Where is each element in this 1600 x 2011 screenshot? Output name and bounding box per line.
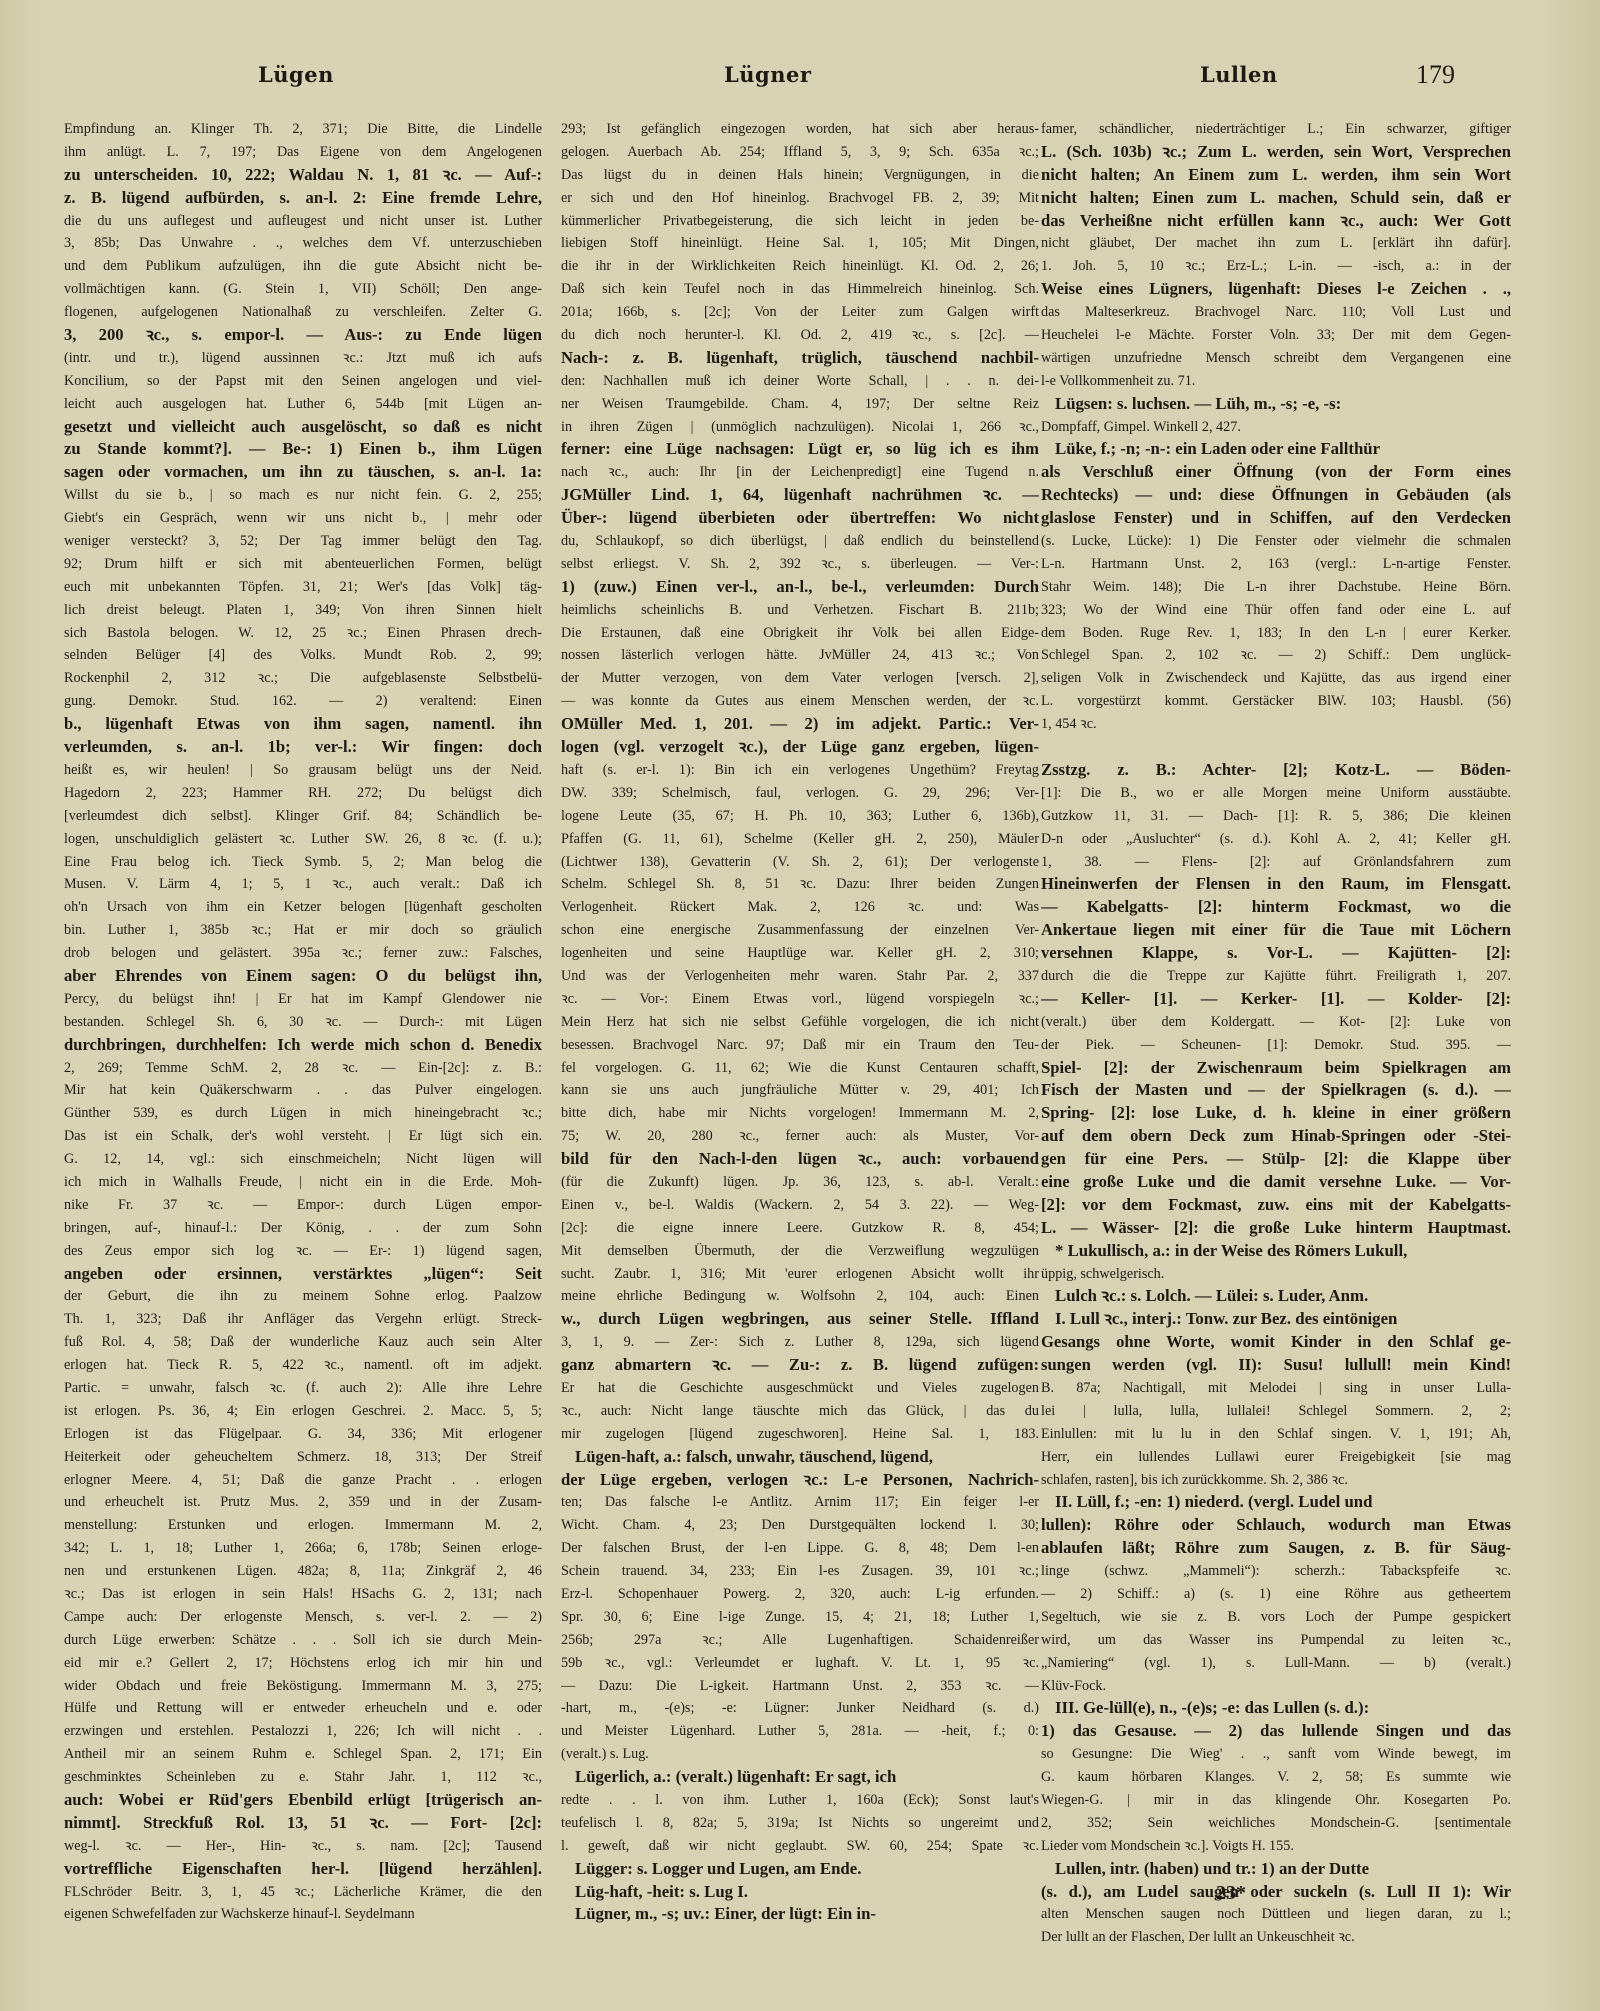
text-line: drob belogen und gelästert. 395a ꝛc.; fe…	[64, 942, 542, 965]
text-line: L. (Sch. 103b) ꝛc.; Zum L. werden, sein …	[1041, 141, 1511, 164]
text-line: B. 87a; Nachtigall, mit Melodei | sing i…	[1041, 1377, 1511, 1400]
text-line: die ihr in der Wirklichkeiten Reich hine…	[561, 255, 1039, 278]
text-line: lich dreist beleugt. Platen 1, 349; Von …	[64, 599, 542, 622]
text-line: Lieder vom Mondschein ꝛc.]. Voigts H. 15…	[1041, 1835, 1511, 1858]
text-line: redte . . l. von ihm. Luther 1, 160a (Ec…	[561, 1789, 1039, 1812]
text-line: Empfindung an. Klinger Th. 2, 371; Die B…	[64, 118, 542, 141]
dictionary-page: Lügen Lügner Lullen 179 Empfindung an. K…	[0, 0, 1600, 2011]
text-line: das Malteserkreuz. Brachvogel Narc. 110;…	[1041, 301, 1511, 324]
text-line: selnden Belüger [4] des Volks. Mundt Rob…	[64, 644, 542, 667]
text-line: eigenen Schwefelfaden zur Wachskerze hin…	[64, 1903, 542, 1926]
text-line: du dich noch herunter-l. Kl. Od. 2, 419 …	[561, 324, 1039, 347]
text-line: Mit demselben Übermuth, der die Verzweif…	[561, 1240, 1039, 1263]
entry-headword-line: Lulch ꝛc.: s. Lolch. — Lülei: s. Luder, …	[1041, 1285, 1511, 1308]
text-line: Wicht. Cham. 4, 23; Den Durstgequälten l…	[561, 1514, 1039, 1537]
text-line: Mir hat kein Quäkerschwarm . . das Pulve…	[64, 1079, 542, 1102]
text-line: logene Leute (35, 67; H. Ph. 10, 363; Lu…	[561, 805, 1039, 828]
text-line: des Zeus empor sich log ꝛc. — Er-: 1) lü…	[64, 1240, 542, 1263]
text-line: 1) (zuw.) Einen ver-l., an-l., be-l., ve…	[561, 576, 1039, 599]
text-line: der Mutter verzogen, von dem Vater verlo…	[561, 667, 1039, 690]
text-line: sagen oder vormachen, um ihn zu täuschen…	[64, 461, 542, 484]
text-line: ner Weisen Traumgebilde. Cham. 4, 197; D…	[561, 393, 1039, 416]
page-number: 179	[1416, 60, 1455, 90]
text-line: JGMüller Lind. 1, 64, lügenhaft nachrühm…	[561, 484, 1039, 507]
text-line: Rechtecks) — und: diese Öffnungen in Geb…	[1041, 484, 1511, 507]
text-line: Gesangs ohne Worte, womit Kinder in den …	[1041, 1331, 1511, 1354]
text-line: teufelisch l. 8, 82a; 5, 319a; Ist Nicht…	[561, 1812, 1039, 1835]
text-line: Günther 539, es durch Lügen in mich hine…	[64, 1102, 542, 1125]
text-line: Hülfe und Rettung will er entweder erheu…	[64, 1697, 542, 1720]
text-line: durchbringen, durchhelfen: Ich werde mic…	[64, 1034, 542, 1057]
text-line: glaslose Fenster) und in Schiffen, auf d…	[1041, 507, 1511, 530]
text-line: l. geweſt, daß wir nicht geglaubt. SW. 6…	[561, 1835, 1039, 1858]
text-line: Schein trauend. 34, 233; Ein l-es Zusage…	[561, 1560, 1039, 1583]
text-line: den: Nachhallen muß ich deiner Worte Sch…	[561, 370, 1039, 393]
text-line: 293; Ist gefänglich eingezogen worden, h…	[561, 118, 1039, 141]
text-line: besessen. Brachvogel Narc. 97; Daß mir e…	[561, 1034, 1039, 1057]
text-line: FLSchröder Beitr. 3, 1, 45 ꝛc.; Lächerli…	[64, 1881, 542, 1904]
text-line: nicht gläubet, Der machet ihn zum L. [er…	[1041, 232, 1511, 255]
text-line: ich mich in Walhalls Freude, | nicht ein…	[64, 1171, 542, 1194]
text-line: zu unterscheiden. 10, 222; Waldau N. 1, …	[64, 164, 542, 187]
text-line: 2, 269; Temme SchM. 2, 28 ꝛc. — Ein-[2c]…	[64, 1057, 542, 1080]
text-line: Percy, du belügst ihn! | Er hat im Kampf…	[64, 988, 542, 1011]
entry-headword-line: Lullen, intr. (haben) und tr.: 1) an der…	[1041, 1858, 1511, 1881]
text-line: ꝛc. — Vor-: Einem Etwas vorl., lügend vo…	[561, 988, 1039, 1011]
text-line: — Dazu: Die L-igkeit. Hartmann Unst. 2, …	[561, 1675, 1039, 1698]
text-line: so Gesungne: Die Wieg' . ., sanft vom Wi…	[1041, 1743, 1511, 1766]
text-line: weniger versteckt? 3, 52; Der Tag immer …	[64, 530, 542, 553]
text-line: Einlullen: mit lu lu in den Schlaf singe…	[1041, 1423, 1511, 1446]
text-line: 59b ꝛc., vgl.: Verleumdet er lughaft. V.…	[561, 1652, 1039, 1675]
text-line: Er hat die Geschichte ausgeschmückt und …	[561, 1377, 1039, 1400]
text-line: liebigen Stoff hineinlügt. Heine Sal. 1,…	[561, 232, 1039, 255]
text-line: Daß sich kein Teufel noch in das Himmelr…	[561, 278, 1039, 301]
text-line: logen (vgl. verzogelt ꝛc.), der Lüge gan…	[561, 736, 1039, 759]
text-line: bitte dich, habe mir Nichts vorgelogen! …	[561, 1102, 1039, 1125]
text-line: logen, unschuldiglich gelästert ꝛc. Luth…	[64, 828, 542, 851]
text-line: haft (s. er-l. 1): Bin ich ein verlogene…	[561, 759, 1039, 782]
text-line: lei | lulla, lulla, lullalei! Schlegel S…	[1041, 1400, 1511, 1423]
text-line: durch die die Treppe zur Kajütte führt. …	[1041, 965, 1511, 988]
entry-headword-line: II. Lüll, f.; -en: 1) niederd. (vergl. L…	[1041, 1491, 1511, 1514]
text-line: ꝛc.; Das ist erlogen in sein Hals! HSach…	[64, 1583, 542, 1606]
text-line: Verlogenheit. Rückert Mak. 2, 126 ꝛc. un…	[561, 896, 1039, 919]
text-line: nimmt]. Streckfuß Rol. 13, 51 ꝛc. — Fort…	[64, 1812, 542, 1835]
text-line: Partic. = unwahr, falsch ꝛc. (f. auch 2)…	[64, 1377, 542, 1400]
text-line: Spring- [2]: lose Luke, d. h. kleine in …	[1041, 1102, 1511, 1125]
text-line: gung. Demokr. Stud. 162. — 2) veraltend:…	[64, 690, 542, 713]
text-line: z. B. lügend aufbürden, s. an-l. 2: Eine…	[64, 187, 542, 210]
text-line: [verleumdest dich selbst]. Klinger Grif.…	[64, 805, 542, 828]
text-line: schlafen, rasten], bis ich zurückkomme. …	[1041, 1469, 1511, 1492]
text-line: ganz abmartern ꝛc. — Zu-: z. B. lügend z…	[561, 1354, 1039, 1377]
text-line: (s. d.), am Ludel saugen oder suckeln (s…	[1041, 1881, 1511, 1904]
text-line: versehnen Klappe, s. Vor-L. — Kajütten- …	[1041, 942, 1511, 965]
text-line: famer, schändlicher, niederträchtiger L.…	[1041, 118, 1511, 141]
text-line: Der falschen Brust, der l-en Lippe. G. 8…	[561, 1537, 1039, 1560]
text-line: verleumden, s. an-l. 1b; ver-l.: Wir fin…	[64, 736, 542, 759]
text-line: fel vorgelogen. G. 11, 62; Wie die Kunst…	[561, 1057, 1039, 1080]
text-line: Rockenphil 2, 312 ꝛc.; Die aufgeblasenst…	[64, 667, 542, 690]
text-line: 3, 1, 9. — Zer-: Sich z. Luther 8, 129a,…	[561, 1331, 1039, 1354]
text-line: kann sie uns auch jungfräuliche Mütter v…	[561, 1079, 1039, 1102]
text-line: bringen, auf-, hinauf-l.: Der König, . .…	[64, 1217, 542, 1240]
text-line: heimlichs scheinlichs B. und Verhetzen. …	[561, 599, 1039, 622]
text-line: D-n oder „Ausluchter“ (s. d.). Kohl A. 2…	[1041, 828, 1511, 851]
text-line: Einen v., be-l. Waldis (Wackern. 2, 54 3…	[561, 1194, 1039, 1217]
text-line: 2, 352; Sein weichliches Mondschein-G. […	[1041, 1812, 1511, 1835]
text-line: — 2) Schiff.: a) (s. 1) eine Röhre aus g…	[1041, 1583, 1511, 1606]
text-line: 92; Drum hilft er sich mit abenteuerlich…	[64, 553, 542, 576]
text-line: bild für den Nach-l-den lügen ꝛc., auch:…	[561, 1148, 1039, 1171]
text-line: üppig, schwelgerisch.	[1041, 1263, 1511, 1286]
text-line: (intr. und tr.), lügend aussinnen ꝛc.: J…	[64, 347, 542, 370]
text-line: Weise eines Lügners, lügenhaft: Dieses l…	[1041, 278, 1511, 301]
text-line: gen für eine Pers. — Stülp- [2]: die Kla…	[1041, 1148, 1511, 1171]
text-line: Wiegen-G. | mir in das klingende Ohr. Ko…	[1041, 1789, 1511, 1812]
text-line: [2]: vor dem Fockmast, zuw. eins mit der…	[1041, 1194, 1511, 1217]
text-line: eine große Luke und die damit versehne L…	[1041, 1171, 1511, 1194]
text-line: Dompfaff, Gimpel. Winkell 2, 427.	[1041, 416, 1511, 439]
text-line: — was konnte da Gutes aus einem Menschen…	[561, 690, 1039, 713]
text-line: 323; Wo der Wind eine Thür offen fand od…	[1041, 599, 1511, 622]
running-head-right: Lullen	[1200, 62, 1278, 87]
text-line: mir zugelogen [lügend zugeschworen]. Hei…	[561, 1423, 1039, 1446]
text-line: alten Menschen saugen noch Düttleen und …	[1041, 1903, 1511, 1926]
text-line: b., lügenhaft Etwas von ihm sagen, namen…	[64, 713, 542, 736]
text-line: nossen lästerlich verlogen hätte. JvMüll…	[561, 644, 1039, 667]
text-line: leicht auch ausgelogen hat. Luther 6, 54…	[64, 393, 542, 416]
text-line: ist erlogen. Ps. 36, 4; Ein erlogen Gesc…	[64, 1400, 542, 1423]
text-line: heißt es, wir heulen! | So grausam belüg…	[64, 759, 542, 782]
text-line: die du uns auflegest und aufleugest und …	[64, 210, 542, 233]
text-line: Heiterkeit oder geheucheltem Schmerz. 18…	[64, 1446, 542, 1469]
text-line: nen und erstunkenen Lügen. 482a; 8, 11a;…	[64, 1560, 542, 1583]
text-line: „Namiering“ (vgl. 1), s. Lull-Mann. — b)…	[1041, 1652, 1511, 1675]
text-line: fuß Rol. 4, 58; Daß der wunderliche Kauz…	[64, 1331, 542, 1354]
text-line: weg-l. ꝛc. — Her-, Hin- ꝛc., s. nam. [2c…	[64, 1835, 542, 1858]
entry-headword-line: Lügger: s. Logger und Lugen, am Ende.	[561, 1858, 1039, 1881]
text-line: Campe auch: Der erlogenste Mensch, s. ve…	[64, 1606, 542, 1629]
entry-headword-line: Lüg-haft, -heit: s. Lug I.	[561, 1881, 1039, 1904]
text-line: selbst erliegst. V. Sh. 2, 392 ꝛc., s. ü…	[561, 553, 1039, 576]
entry-headword-line: * Lukullisch, a.: in der Weise des Römer…	[1041, 1240, 1511, 1263]
text-line: logenheiten und seine Hauptlüge war. Kel…	[561, 942, 1039, 965]
text-line: euch mit unbekannten Töpfen. 31, 21; Wer…	[64, 576, 542, 599]
text-line: sich Bastola belogen. W. 12, 25 ꝛc.; Ein…	[64, 622, 542, 645]
text-line: bin. Luther 1, 385b ꝛc.; Hat er mir doch…	[64, 919, 542, 942]
text-line: bestanden. Schlegel Sh. 6, 30 ꝛc. — Durc…	[64, 1011, 542, 1034]
text-line: (veralt.) s. Lug.	[561, 1743, 1039, 1766]
text-line: nike Fr. 37 ꝛc. — Empor-: durch Lügen em…	[64, 1194, 542, 1217]
text-line: 342; L. 1, 18; Luther 1, 266a; 6, 178b; …	[64, 1537, 542, 1560]
text-line: seligen Volk in Zwischendeck und Kajütte…	[1041, 667, 1511, 690]
text-line: L. — Wässer- [2]: die große Luke hinterm…	[1041, 1217, 1511, 1240]
text-line: Schelm. Schlegel Sh. 8, 51 ꝛc. Dazu: Ihr…	[561, 873, 1039, 896]
text-line: -hart, m., -(e)s; -e: Lügner: Junker Nei…	[561, 1697, 1039, 1720]
running-header: Lügen Lügner Lullen 179	[0, 62, 1600, 98]
text-line: durch Lüge erwerben: Schätze . . . Soll …	[64, 1629, 542, 1652]
text-line: 75; W. 20, 280 ꝛc., ferner auch: als Mus…	[561, 1125, 1039, 1148]
text-line: der Geburt, die ihn zu meinem Sohne erlo…	[64, 1285, 542, 1308]
text-line: Klüv-Fock.	[1041, 1675, 1511, 1698]
text-line: (für die Zukunft) lügen. Jp. 36, 123, s.…	[561, 1171, 1039, 1194]
text-line: der Lüge ergeben, verlogen ꝛc.: L-e Pers…	[561, 1469, 1039, 1492]
text-line: 1. Joh. 5, 10 ꝛc.; Erz-L.; L-in. — -isch…	[1041, 255, 1511, 278]
text-line: Spr. 30, 6; Eine l-ige Zunge. 15, 4; 21,…	[561, 1606, 1039, 1629]
text-line: Nach-: z. B. lügenhaft, trüglich, täusch…	[561, 347, 1039, 370]
text-line: Erz-l. Schopenhauer Powerg. 2, 320, auch…	[561, 1583, 1039, 1606]
text-line: (Lichtwer 138), Gevatterin (V. Sh. 2, 61…	[561, 851, 1039, 874]
text-line: sungen werden (vgl. II): Susu! lullull! …	[1041, 1354, 1511, 1377]
text-line: Mein Herz hat sich nie selbst Gefühle vo…	[561, 1011, 1039, 1034]
text-line: L. vorgestürzt kommt. Gerstäcker BlW. 10…	[1041, 690, 1511, 713]
text-line: nach ꝛc., auch: Ihr [in der Leichenpredi…	[561, 461, 1039, 484]
column-2: 293; Ist gefänglich eingezogen worden, h…	[561, 118, 1039, 1926]
text-line: aber Ehrendes von Einem sagen: O du belü…	[64, 965, 542, 988]
text-line: Th. 1, 323; Daß ihr Anfläger das Vergehn…	[64, 1308, 542, 1331]
text-line: ꝛc., auch: Nicht lange täuschte mich das…	[561, 1400, 1039, 1423]
text-line: zu Stande kommt?]. — Be-: 1) Einen b., i…	[64, 438, 542, 461]
text-line: (s. Lucke, Lücke): 1) Die Fenster oder v…	[1041, 530, 1511, 553]
text-line: erzwingen und erstehlen. Pestalozzi 1, 2…	[64, 1720, 542, 1743]
text-line: Das ist ein Schalk, der's wohl versteht.…	[64, 1125, 542, 1148]
text-line: ferner: eine Lüge nachsagen: Lügt er, so…	[561, 438, 1039, 461]
text-line: Zsstzg. z. B.: Achter- [2]; Kotz-L. — Bö…	[1041, 759, 1511, 782]
text-line: ihm anlügt. L. 7, 197; Das Eigene von de…	[64, 141, 542, 164]
text-line: Fisch der Masten und — der Spielkragen (…	[1041, 1079, 1511, 1102]
text-line: Hagedorn 2, 223; Hammer RH. 272; Du belü…	[64, 782, 542, 805]
text-line: auch: Wobei er Rüd'gers Ebenbild erlügt …	[64, 1789, 542, 1812]
text-line: und Meister Lügenhard. Luther 5, 281a. —…	[561, 1720, 1039, 1743]
text-line: OMüller Med. 1, 201. — 2) im adjekt. Par…	[561, 713, 1039, 736]
text-line: Das lügst du in deinen Hals hinein; Verg…	[561, 164, 1039, 187]
text-line: in ihren Zügen | (unmöglich nachzulügen)…	[561, 416, 1039, 439]
text-line: Herr, ein lullendes Lullawi eurer Freige…	[1041, 1446, 1511, 1469]
running-head-left: Lügen	[258, 62, 334, 87]
text-line: eid mir e.? Gellert 2, 17; Höchstens erl…	[64, 1652, 542, 1675]
text-line: wider Obdach und freie Beköstigung. Imme…	[64, 1675, 542, 1698]
text-line: wird, um das Wasser ins Pumpendal zu lei…	[1041, 1629, 1511, 1652]
text-line: sucht. Zaubr. 1, 316; Mit 'eurer erlogen…	[561, 1263, 1039, 1286]
text-line: dem Boden. Ruge Rev. 1, 183; In den L-n …	[1041, 622, 1511, 645]
text-line: G. 12, 14, vgl.: sich einschmeicheln; Ni…	[64, 1148, 542, 1171]
text-line: 1) das Gesause. — 2) das lullende Singen…	[1041, 1720, 1511, 1743]
text-line: Willst du sie b., | so mach es nur nicht…	[64, 484, 542, 507]
text-line: l-e Vollkommenheit zu. 71.	[1041, 370, 1511, 393]
text-line: Segeltuch, wie sie z. B. vors Loch der P…	[1041, 1606, 1511, 1629]
text-line: gesetzt und vielleicht auch ausgelöscht,…	[64, 416, 542, 439]
column-1: Empfindung an. Klinger Th. 2, 371; Die B…	[64, 118, 542, 1926]
text-line: nicht halten; An Einem zum L. werden, ih…	[1041, 164, 1511, 187]
text-line: 3, 85b; Das Unwahre . ., welches dem Vf.…	[64, 232, 542, 255]
text-line: erlogner Meere. 4, 51; Daß die ganze Pra…	[64, 1469, 542, 1492]
text-line: L-n. Hartmann Unst. 2, 163 (vergl.: L-n-…	[1041, 553, 1511, 576]
text-line: Heuchelei l-e Mächte. Forster Voln. 33; …	[1041, 324, 1511, 347]
text-line: Giebt's ein Gespräch, wenn wir uns nicht…	[64, 507, 542, 530]
text-line: erlogen hat. Tieck R. 5, 422 ꝛc., nament…	[64, 1354, 542, 1377]
text-line: der Piek. — Scheunen- [1]: Demokr. Stud.…	[1041, 1034, 1511, 1057]
text-line: 1, 38. — Flens- [2]: auf Grönlandsfahrer…	[1041, 851, 1511, 874]
text-line: das Verheißne nicht erfüllen kann ꝛc., a…	[1041, 210, 1511, 233]
text-line: Ankertaue liegen mit einer für die Taue …	[1041, 919, 1511, 942]
text-line: gelogen. Auerbach Ab. 254; Iffland 5, 3,…	[561, 141, 1039, 164]
text-line	[1041, 736, 1511, 759]
entry-headword-line: Lügen-haft, a.: falsch, unwahr, täuschen…	[561, 1446, 1039, 1469]
text-line: [2c]: die eigne innere Leere. Gutzkow R.…	[561, 1217, 1039, 1240]
text-line: und erheuchelt ist. Prutz Mus. 2, 359 un…	[64, 1491, 542, 1514]
text-line: und dem Publikum aufzulügen, ihn die gut…	[64, 255, 542, 278]
text-line: auf dem obern Deck zum Hinab-Springen od…	[1041, 1125, 1511, 1148]
text-line: schon eine energische Zusammenfassung de…	[561, 919, 1039, 942]
text-line: (veralt.) über dem Koldergatt. — Kot- [2…	[1041, 1011, 1511, 1034]
text-line: Gutzkow 11, 31. — Dach- [1]: R. 5, 386; …	[1041, 805, 1511, 828]
text-line: 256b; 297a ꝛc.; Alle Lugenhaftigen. Scha…	[561, 1629, 1039, 1652]
text-line: vortreffliche Eigenschaften her-l. [lüge…	[64, 1858, 542, 1881]
text-line: lullen): Röhre oder Schlauch, wodurch ma…	[1041, 1514, 1511, 1537]
text-line: als Verschluß einer Öffnung (von der For…	[1041, 461, 1511, 484]
text-line: Pfaffen (G. 11, 61), Schelme (Keller gH.…	[561, 828, 1039, 851]
text-line: 3, 200 ꝛc., s. empor-l. — Aus-: zu Ende …	[64, 324, 542, 347]
entry-headword-line: Lügsen: s. luchsen. — Lüh, m., -s; -e, -…	[1041, 393, 1511, 416]
text-line: Koncilium, so der Papst mit den Seinen a…	[64, 370, 542, 393]
text-line: geschminktes Scheinleben zu e. Stahr Jah…	[64, 1766, 542, 1789]
text-line: Hineinwerfen der Flensen in den Raum, im…	[1041, 873, 1511, 896]
entry-headword-line: Lüke, f.; -n; -n-: ein Laden oder eine F…	[1041, 438, 1511, 461]
text-line: nicht halten; Einen zum L. machen, Schul…	[1041, 187, 1511, 210]
printer-signature: 23*	[1216, 1882, 1246, 1905]
text-line: [1]: Die B., wo er alle Morgen meine Uni…	[1041, 782, 1511, 805]
text-line: Der lullt an der Flaschen, Der lullt an …	[1041, 1926, 1511, 1949]
text-line: wärtigen unzufriedne Mensch schreibt dem…	[1041, 347, 1511, 370]
text-line: Spiel- [2]: der Zwischenraum beim Spielk…	[1041, 1057, 1511, 1080]
entry-headword-line: I. Lull ꝛc., interj.: Tonw. zur Bez. des…	[1041, 1308, 1511, 1331]
running-head-center: Lügner	[724, 62, 811, 87]
text-line: du, Schlaukopf, so dich überlügst, | daß…	[561, 530, 1039, 553]
text-line: Die Erstaunen, daß eine Obrigkeit ihr Vo…	[561, 622, 1039, 645]
text-line: Schlegel Span. 2, 102 ꝛc. — 2) Schiff.: …	[1041, 644, 1511, 667]
text-line: meine ehrliche Bedingung w. Wolfsohn 2, …	[561, 1285, 1039, 1308]
text-line: Und was der Verlogenheiten mehr waren. S…	[561, 965, 1039, 988]
text-line: oh'n Ursach von ihm ein Ketzer belogen […	[64, 896, 542, 919]
text-line: Über-: lügend überbieten oder übertreffe…	[561, 507, 1039, 530]
text-line: G. kaum hörbaren Klanges. V. 2, 58; Es s…	[1041, 1766, 1511, 1789]
text-line: kümmerlicher Privatbegeisterung, die sic…	[561, 210, 1039, 233]
entry-headword-line: Lügerlich, a.: (veralt.) lügenhaft: Er s…	[561, 1766, 1039, 1789]
text-line: er sich und den Hof hineinlog. Brachvoge…	[561, 187, 1039, 210]
text-line: Eine Frau belog ich. Tieck Symb. 5, 2; M…	[64, 851, 542, 874]
text-line: menstellung: Erstunken und erlogen. Imme…	[64, 1514, 542, 1537]
text-line: Musen. V. Lärm 4, 1; 5, 1 ꝛc., auch vera…	[64, 873, 542, 896]
entry-headword-line: Lügner, m., -s; uv.: Einer, der lügt: Ei…	[561, 1903, 1039, 1926]
text-line: ablaufen läßt; Röhre zum Saugen, z. B. f…	[1041, 1537, 1511, 1560]
text-line: — Keller- [1]. — Kerker- [1]. — Kolder- …	[1041, 988, 1511, 1011]
text-line: Stahr Weim. 148); Die L-n ihrer Dachstub…	[1041, 576, 1511, 599]
text-line: 201a; 166b, s. [2c]; Von der Leiter zum …	[561, 301, 1039, 324]
text-line: angeben oder ersinnen, verstärktes „lüge…	[64, 1263, 542, 1286]
text-line: — Kabelgatts- [2]: hinterm Fockmast, wo …	[1041, 896, 1511, 919]
text-line: ten; Das falsche l-e Antlitz. Arnim 117;…	[561, 1491, 1039, 1514]
text-line: linge (schwz. „Mammeli“): scherzh.: Taba…	[1041, 1560, 1511, 1583]
entry-headword-line: III. Ge-lüll(e), n., -(e)s; -e: das Lull…	[1041, 1697, 1511, 1720]
text-line: w., durch Lügen wegbringen, aus seiner S…	[561, 1308, 1039, 1331]
text-line: 1, 454 ꝛc.	[1041, 713, 1511, 736]
column-3: famer, schändlicher, niederträchtiger L.…	[1041, 118, 1511, 1949]
text-line: flogenen, aufgelogenen Nationalhaß zu ve…	[64, 301, 542, 324]
text-line: Antheil mir an seinem Ruhm e. Schlegel S…	[64, 1743, 542, 1766]
text-line: DW. 339; Schelmisch, faul, verlogen. G. …	[561, 782, 1039, 805]
text-line: Erlogen ist das Flügelpaar. G. 34, 336; …	[64, 1423, 542, 1446]
text-line: vollmächtigen kann. (G. Stein 1, VII) Sc…	[64, 278, 542, 301]
